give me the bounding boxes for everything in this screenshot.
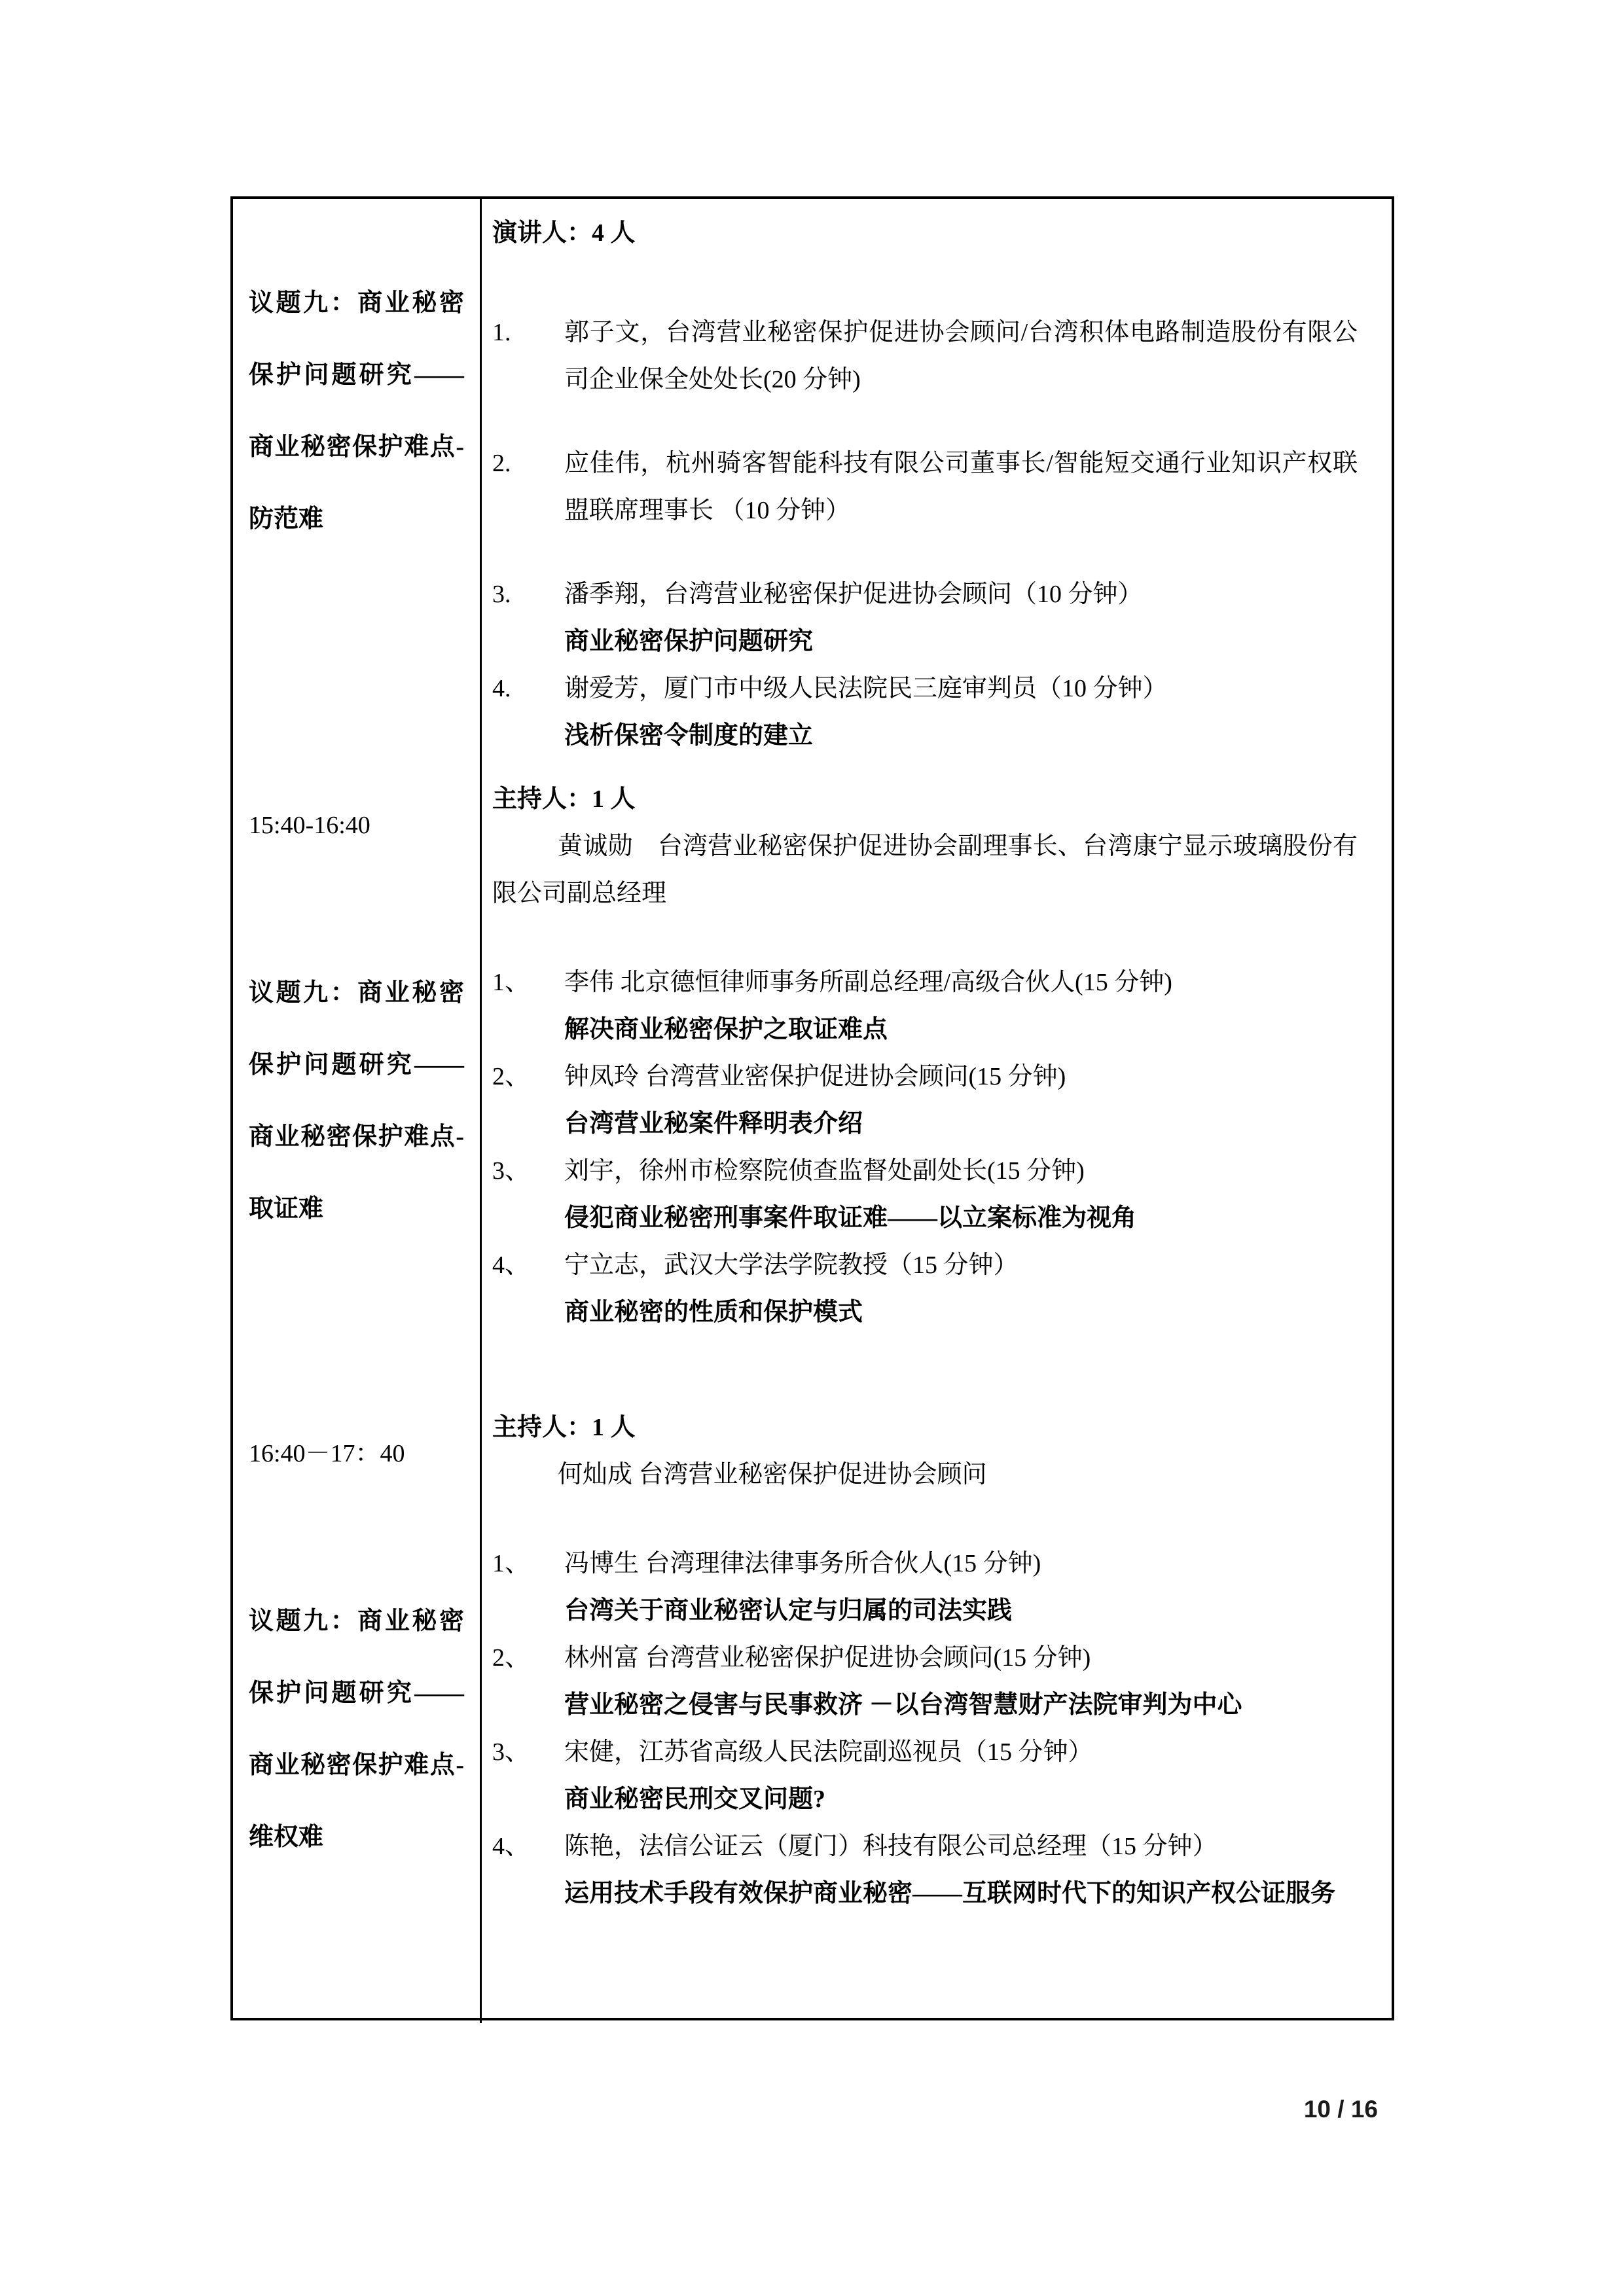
speaker-description: 应佳伟，杭州骑客智能科技有限公司董事长/智能短交通行业知识产权联盟联席理事长 （… — [564, 440, 1358, 534]
speaker-item: 3、 刘宇，徐州市检察院侦查监督处副处长(15 分钟) — [492, 1147, 1358, 1194]
talk-title: 台湾关于商业秘密认定与归属的司法实践 — [564, 1587, 1358, 1634]
speaker-description: 李伟 北京德恒律师事务所副总经理/高级合伙人(15 分钟) — [564, 959, 1358, 1006]
item-number: 1、 — [492, 1540, 564, 1587]
speaker-description: 林州富 台湾营业秘密保护促进协会顾问(15 分钟) — [564, 1634, 1358, 1681]
speaker-item: 1、 冯博生 台湾理律法律事务所合伙人(15 分钟) — [492, 1540, 1358, 1587]
speaker-item: 4、 陈艳，法信公证云（厦门）科技有限公司总经理（15 分钟） — [492, 1823, 1358, 1870]
talk-title: 商业秘密保护问题研究 — [564, 618, 1358, 665]
row3-detail-cell: 主持人：1 人 何灿成 台湾营业秘密保护促进协会顾问 1、 冯博生 台湾理律法律… — [482, 1393, 1397, 2023]
talk-title: 商业秘密的性质和保护模式 — [564, 1289, 1358, 1336]
talk-title: 浅析保密令制度的建立 — [564, 712, 1358, 759]
speaker-description: 刘宇，徐州市检察院侦查监督处副处长(15 分钟) — [564, 1147, 1358, 1194]
session-time: 15:40-16:40 — [249, 802, 464, 849]
speaker-item: 1. 郭子文，台湾营业秘密保护促进协会顾问/台湾积体电路制造股份有限公司企业保全… — [492, 309, 1358, 403]
talk-title: 运用技术手段有效保护商业秘密——互联网时代下的知识产权公证服务 — [564, 1870, 1358, 1917]
moderator-header: 主持人：1 人 — [492, 1404, 1358, 1451]
speaker-description: 冯博生 台湾理律法律事务所合伙人(15 分钟) — [564, 1540, 1358, 1587]
speaker-item: 2. 应佳伟，杭州骑客智能科技有限公司董事长/智能短交通行业知识产权联盟联席理事… — [492, 440, 1358, 534]
moderator-description: 何灿成 台湾营业秘密保护促进协会顾问 — [492, 1451, 1358, 1498]
session-topic: 议题九：商业秘密保护问题研究——商业秘密保护难点-防范难 — [249, 267, 464, 555]
speaker-item: 1、 李伟 北京德恒律师事务所副总经理/高级合伙人(15 分钟) — [492, 959, 1358, 1006]
speaker-description: 钟凤玲 台湾营业密保护促进协会顾问(15 分钟) — [564, 1053, 1358, 1100]
speaker-item: 3. 潘季翔，台湾营业秘密保护促进协会顾问（10 分钟） — [492, 571, 1358, 618]
speaker-description: 宋健，江苏省高级人民法院副巡视员（15 分钟） — [564, 1729, 1358, 1776]
agenda-table: 议题九：商业秘密保护问题研究——商业秘密保护难点-防范难 演讲人：4 人 1. … — [230, 196, 1394, 2020]
item-number: 2、 — [492, 1634, 564, 1681]
item-number: 1. — [492, 309, 564, 403]
item-number: 4、 — [492, 1823, 564, 1870]
page-number: 10 / 16 — [1304, 2096, 1378, 2123]
speakers-header: 演讲人：4 人 — [492, 209, 1358, 257]
item-number: 2. — [492, 440, 564, 534]
talk-title: 营业秘密之侵害与民事救济 －以台湾智慧财产法院审判为中心 — [564, 1681, 1358, 1729]
session-topic: 议题九：商业秘密保护问题研究——商业秘密保护难点-取证难 — [249, 957, 464, 1245]
session-topic: 议题九：商业秘密保护问题研究——商业秘密保护难点-维权难 — [249, 1585, 464, 1873]
talk-title: 侵犯商业秘密刑事案件取证难——以立案标准为视角 — [564, 1194, 1358, 1242]
item-number: 1、 — [492, 959, 564, 1006]
speaker-description: 宁立志，武汉大学法学院教授（15 分钟） — [564, 1242, 1358, 1289]
item-number: 3、 — [492, 1147, 564, 1194]
moderator-description: 黄诚勋 台湾营业秘密保护促进协会副理事长、台湾康宁显示玻璃股份有限公司副总经理 — [492, 823, 1358, 917]
speaker-item: 4、 宁立志，武汉大学法学院教授（15 分钟） — [492, 1242, 1358, 1289]
item-number: 4、 — [492, 1242, 564, 1289]
speaker-item: 2、 林州富 台湾营业秘密保护促进协会顾问(15 分钟) — [492, 1634, 1358, 1681]
moderator-header: 主持人：1 人 — [492, 776, 1358, 823]
row1-session-cell: 议题九：商业秘密保护问题研究——商业秘密保护难点-防范难 — [233, 199, 482, 765]
speaker-item: 3、 宋健，江苏省高级人民法院副巡视员（15 分钟） — [492, 1729, 1358, 1776]
talk-title: 台湾营业秘案件释明表介绍 — [564, 1100, 1358, 1147]
speaker-description: 谢爱芳，厦门市中级人民法院民三庭审判员（10 分钟） — [564, 665, 1358, 712]
item-number: 4. — [492, 665, 564, 712]
row2-session-cell: 15:40-16:40 议题九：商业秘密保护问题研究——商业秘密保护难点-取证难 — [233, 765, 482, 1393]
speaker-item: 2、 钟凤玲 台湾营业密保护促进协会顾问(15 分钟) — [492, 1053, 1358, 1100]
session-time: 16:40－17：40 — [249, 1430, 464, 1477]
row2-detail-cell: 主持人：1 人 黄诚勋 台湾营业秘密保护促进协会副理事长、台湾康宁显示玻璃股份有… — [482, 765, 1397, 1393]
speaker-description: 郭子文，台湾营业秘密保护促进协会顾问/台湾积体电路制造股份有限公司企业保全处处长… — [564, 309, 1358, 403]
item-number: 3. — [492, 571, 564, 618]
talk-title: 商业秘密民刑交叉问题? — [564, 1776, 1358, 1823]
speaker-description: 陈艳，法信公证云（厦门）科技有限公司总经理（15 分钟） — [564, 1823, 1358, 1870]
speaker-description: 潘季翔，台湾营业秘密保护促进协会顾问（10 分钟） — [564, 571, 1358, 618]
row3-session-cell: 16:40－17：40 议题九：商业秘密保护问题研究——商业秘密保护难点-维权难 — [233, 1393, 482, 2023]
speaker-item: 4. 谢爱芳，厦门市中级人民法院民三庭审判员（10 分钟） — [492, 665, 1358, 712]
row1-detail-cell: 演讲人：4 人 1. 郭子文，台湾营业秘密保护促进协会顾问/台湾积体电路制造股份… — [482, 199, 1397, 765]
talk-title: 解决商业秘密保护之取证难点 — [564, 1006, 1358, 1053]
item-number: 2、 — [492, 1053, 564, 1100]
item-number: 3、 — [492, 1729, 564, 1776]
document-page: 议题九：商业秘密保护问题研究——商业秘密保护难点-防范难 演讲人：4 人 1. … — [0, 0, 1624, 2296]
